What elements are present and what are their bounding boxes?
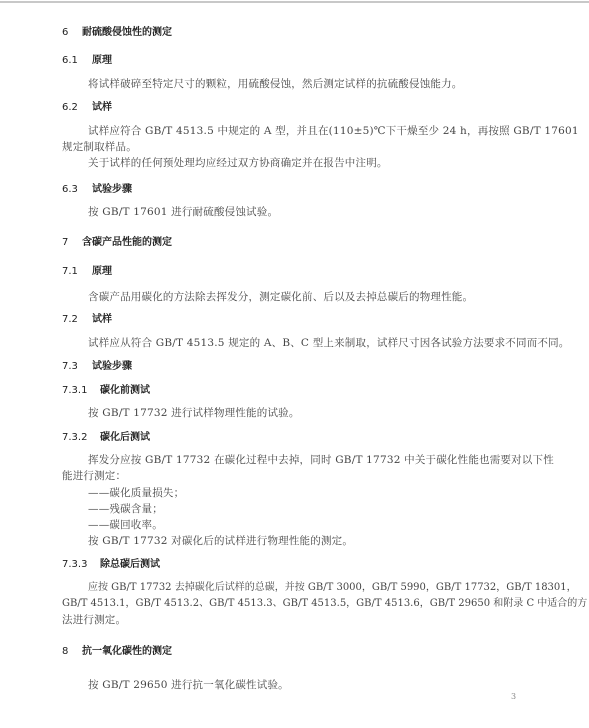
paragraph: 试样应从符合 GB/T 4513.5 规定的 A、B、C 型上来制取，试样尺寸因… <box>88 336 570 350</box>
section-number: 7.2 <box>62 313 92 327</box>
heading-section-7-3-1: 7.3.1碳化前测试 <box>62 384 150 398</box>
heading-section-7-3-2: 7.3.2碳化后测试 <box>62 431 150 445</box>
section-number: 7.3 <box>62 360 92 374</box>
paragraph: 试样应符合 GB/T 4513.5 中规定的 A 型，并且在(110±5)℃下干… <box>88 124 579 138</box>
section-number: 6.1 <box>62 54 92 68</box>
list-item: ——碳化质量损失； <box>88 486 184 500</box>
page-top-border <box>0 1 589 3</box>
section-title: 原理 <box>92 55 112 66</box>
heading-section-6-1: 6.1原理 <box>62 54 112 68</box>
section-number: 7.3.2 <box>62 431 100 445</box>
paragraph: 关于试样的任何预处理均应经过双方协商确定并在报告中注明。 <box>88 156 388 170</box>
section-title: 耐硫酸侵蚀性的测定 <box>82 27 172 38</box>
heading-section-8: 8抗一氧化碳性的测定 <box>62 645 172 659</box>
paragraph: 将试样破碎至特定尺寸的颗粒，用硫酸侵蚀，然后测定试样的抗硫酸侵蚀能力。 <box>88 77 463 91</box>
heading-section-7-2: 7.2试样 <box>62 313 112 327</box>
section-title: 碳化后测试 <box>100 432 150 443</box>
paragraph: 挥发分应按 GB/T 17732 在碳化过程中去掉，同时 GB/T 17732 … <box>88 453 554 467</box>
heading-section-6-2: 6.2试样 <box>62 101 112 115</box>
heading-section-7: 7含碳产品性能的测定 <box>62 236 172 250</box>
section-number: 7.1 <box>62 265 92 279</box>
list-item: ——碳回收率。 <box>88 518 163 532</box>
paragraph: 按 GB/T 17732 对碳化后的试样进行物理性能的测定。 <box>88 534 353 548</box>
paragraph: 应按 GB/T 17732 去掉碳化后试样的总碳，并按 GB/T 3000，GB… <box>88 581 577 595</box>
paragraph-continuation: GB/T 4513.1，GB/T 4513.2、GB/T 4513.3、GB/T… <box>62 597 587 611</box>
heading-section-6-3: 6.3试验步骤 <box>62 183 132 197</box>
section-number: 6 <box>62 26 82 40</box>
paragraph-continuation: 法进行测定。 <box>62 613 126 627</box>
section-title: 试验步骤 <box>92 361 132 372</box>
section-number: 6.2 <box>62 101 92 115</box>
heading-section-7-1: 7.1原理 <box>62 265 112 279</box>
section-number: 8 <box>62 645 82 659</box>
section-title: 原理 <box>92 266 112 277</box>
heading-section-6: 6耐硫酸侵蚀性的测定 <box>62 26 172 40</box>
heading-section-7-3: 7.3试验步骤 <box>62 360 132 374</box>
paragraph: 按 GB/T 17601 进行耐硫酸侵蚀试验。 <box>88 205 278 219</box>
section-number: 7 <box>62 236 82 250</box>
section-title: 试样 <box>92 102 112 113</box>
section-title: 试验步骤 <box>92 184 132 195</box>
paragraph: 按 GB/T 29650 进行抗一氧化碳性试验。 <box>88 678 289 692</box>
paragraph: 按 GB/T 17732 进行试样物理性能的试验。 <box>88 406 300 420</box>
page-number: 3 <box>511 692 516 701</box>
section-title: 碳化前测试 <box>100 385 150 396</box>
paragraph-continuation: 规定制取样品。 <box>62 140 137 154</box>
section-title: 含碳产品性能的测定 <box>82 237 172 248</box>
section-number: 6.3 <box>62 183 92 197</box>
list-item: ——残碳含量； <box>88 502 163 516</box>
paragraph-continuation: 能进行测定： <box>62 469 126 483</box>
section-title: 抗一氧化碳性的测定 <box>82 646 172 657</box>
section-title: 试样 <box>92 314 112 325</box>
section-title: 除总碳后测试 <box>100 559 160 570</box>
section-number: 7.3.3 <box>62 558 100 572</box>
section-number: 7.3.1 <box>62 384 100 398</box>
paragraph: 含碳产品用碳化的方法除去挥发分，测定碳化前、后以及去掉总碳后的物理性能。 <box>88 290 473 304</box>
heading-section-7-3-3: 7.3.3除总碳后测试 <box>62 558 160 572</box>
